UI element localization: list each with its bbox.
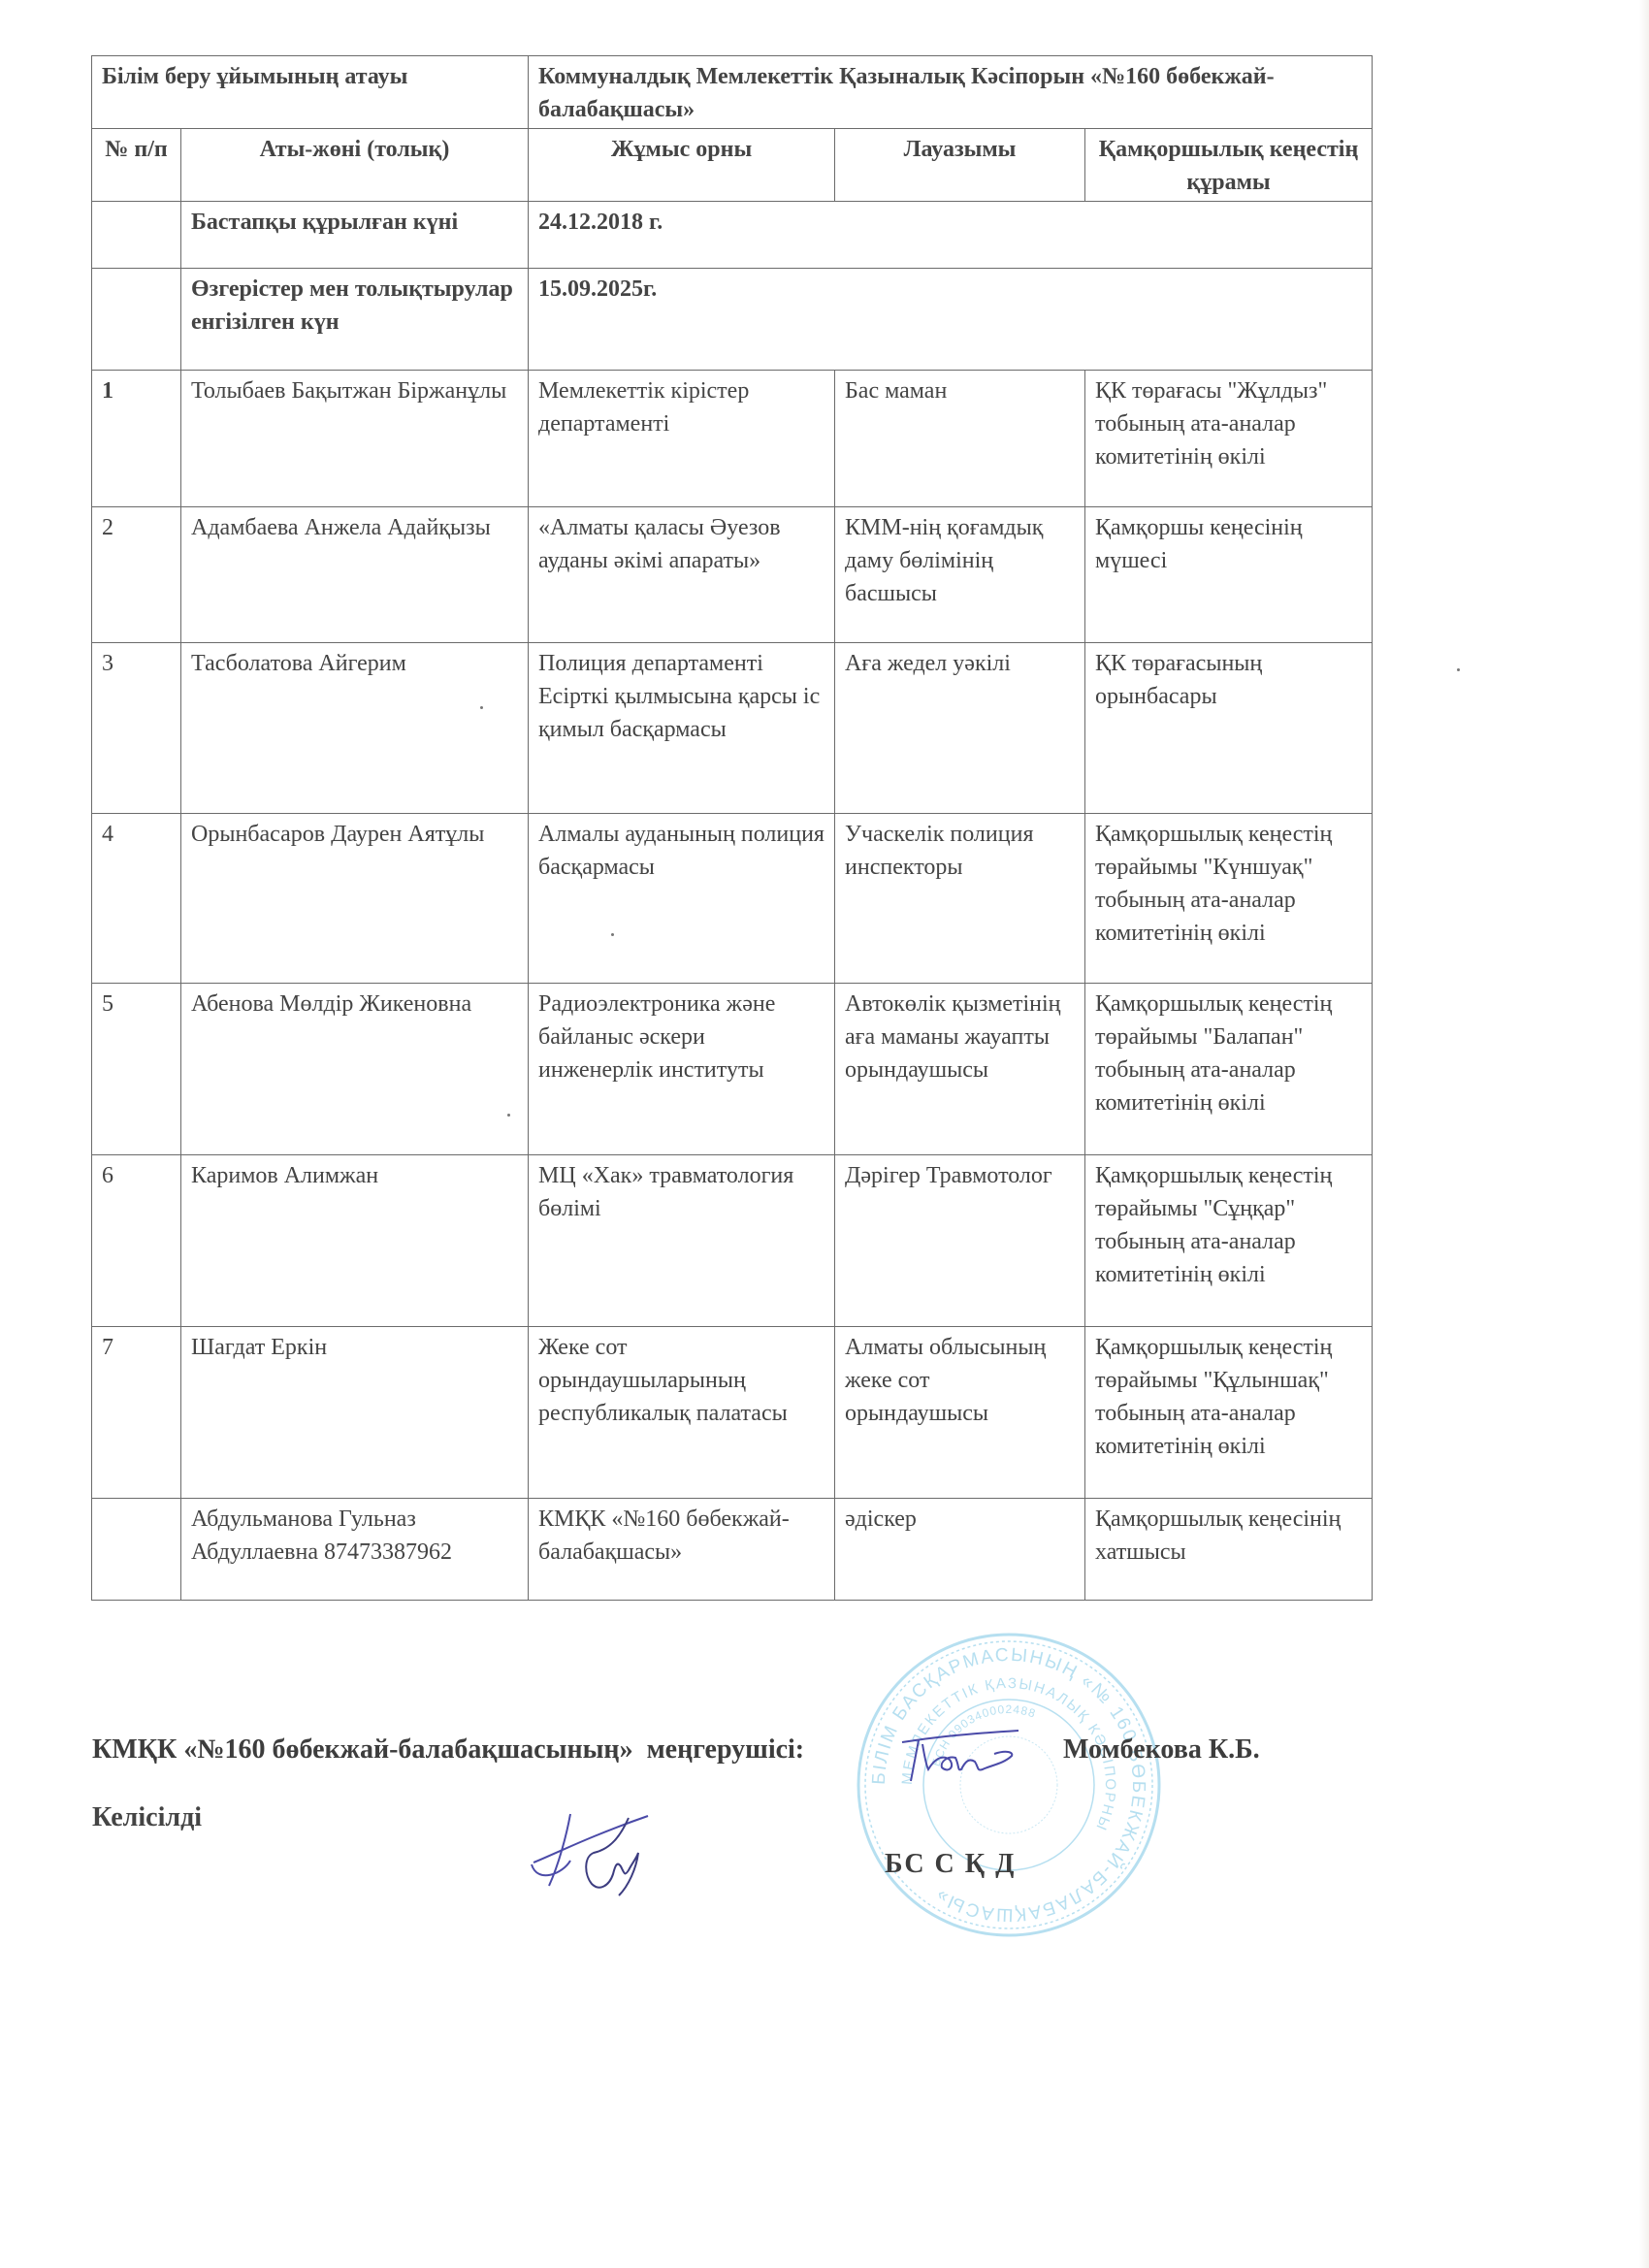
member-workplace: Алмалы ауданының полиция басқармасы: [529, 814, 835, 984]
member-position: КММ-нің қоғамдық даму бөлімінің басшысы: [835, 507, 1085, 643]
member-num: 4: [92, 814, 181, 984]
org-label: Білім беру ұйымының атауы: [92, 56, 529, 129]
agreed-label: Келісілді: [92, 1802, 202, 1833]
table-row: 4 Орынбасаров Даурен Аятұлы Алмалы аудан…: [92, 814, 1373, 984]
member-position: Автокөлік қызметінің аға маманы жауапты …: [835, 984, 1085, 1155]
member-num: 1: [92, 371, 181, 507]
changed-date: 15.09.2025г.: [529, 269, 1373, 371]
member-name: Каримов Алимжан: [181, 1155, 529, 1327]
member-position: Бас маман: [835, 371, 1085, 507]
scan-edge-shadow: [1639, 0, 1649, 2268]
member-council-role: Қамқоршылық кеңесінің хатшысы: [1085, 1499, 1373, 1601]
member-council-role: ҚК төрағасының орынбасары: [1085, 643, 1373, 814]
table-row: 5 Абенова Мөлдір Жикеновна Радиоэлектрон…: [92, 984, 1373, 1155]
member-council-role: Қамқоршылық кеңестің төрайымы "Сұңқар" т…: [1085, 1155, 1373, 1327]
head-signature-line: КМҚК «№160 бөбекжай-балабақшасының» меңг…: [92, 1734, 804, 1766]
table-row: 7 Шагдат Еркін Жеке сот орындаушыларының…: [92, 1327, 1373, 1499]
table-row: 2 Адамбаева Анжела Адайқызы «Алматы қала…: [92, 507, 1373, 643]
table-row: 3 Тасболатова Айгерим Полиция департамен…: [92, 643, 1373, 814]
member-council-role: ҚК төрағасы "Жұлдыз" тобының ата-аналар …: [1085, 371, 1373, 507]
agreed-signature-icon: [524, 1806, 660, 1903]
member-num: 7: [92, 1327, 181, 1499]
empty-cell: [92, 269, 181, 371]
header-workplace: Жұмыс орны: [529, 129, 835, 202]
organization-row: Білім беру ұйымының атауы Коммуналдық Ме…: [92, 56, 1373, 129]
member-council-role: Қамқоршы кеңесінің мүшесі: [1085, 507, 1373, 643]
member-council-role: Қамқоршылық кеңестің төрайымы "Құлыншақ"…: [1085, 1327, 1373, 1499]
member-num: 2: [92, 507, 181, 643]
member-position: әдіскер: [835, 1499, 1085, 1601]
member-num: 6: [92, 1155, 181, 1327]
member-num: 3: [92, 643, 181, 814]
member-workplace: МЦ «Хак» травматология бөлімі: [529, 1155, 835, 1327]
table-row: 6 Каримов Алимжан МЦ «Хак» травматология…: [92, 1155, 1373, 1327]
header-position: Лауазымы: [835, 129, 1085, 202]
created-label: Бастапқы құрылған күні: [181, 202, 529, 269]
member-workplace: Жеке сот орындаушыларының республикалық …: [529, 1327, 835, 1499]
header-row: № п/п Аты-жөні (толық) Жұмыс орны Лауазы…: [92, 129, 1373, 202]
member-num: 5: [92, 984, 181, 1155]
member-council-role: Қамқоршылық кеңестің төрайымы "Балапан" …: [1085, 984, 1373, 1155]
header-name: Аты-жөні (толық): [181, 129, 529, 202]
member-position: Алматы облысының жеке сот орындаушысы: [835, 1327, 1085, 1499]
head-signature-icon: [897, 1727, 1023, 1785]
agreed-by: БС С Қ Д: [885, 1849, 1016, 1880]
head-name: Момбекова К.Б.: [1063, 1734, 1260, 1766]
scanned-document-page: Білім беру ұйымының атауы Коммуналдық Ме…: [0, 0, 1649, 2268]
table-row: Абдульманова Гульназ Абдуллаевна 8747338…: [92, 1499, 1373, 1601]
changed-date-row: Өзгерістер мен толықтырулар енгізілген к…: [92, 269, 1373, 371]
member-name: Адамбаева Анжела Адайқызы: [181, 507, 529, 643]
org-name: Коммуналдық Мемлекеттік Қазыналық Кәсіпо…: [529, 56, 1373, 129]
member-name: Орынбасаров Даурен Аятұлы: [181, 814, 529, 984]
board-of-trustees-table: Білім беру ұйымының атауы Коммуналдық Ме…: [91, 55, 1373, 1601]
scan-speck: [611, 933, 614, 936]
member-name: Толыбаев Бақытжан Біржанұлы: [181, 371, 529, 507]
member-position: Учаскелік полиция инспекторы: [835, 814, 1085, 984]
member-workplace: КМҚК «№160 бөбекжай-балабақшасы»: [529, 1499, 835, 1601]
empty-cell: [92, 202, 181, 269]
member-workplace: «Алматы қаласы Әуезов ауданы әкімі апара…: [529, 507, 835, 643]
created-date-row: Бастапқы құрылған күні 24.12.2018 г.: [92, 202, 1373, 269]
header-num: № п/п: [92, 129, 181, 202]
scan-speck: [480, 706, 483, 709]
member-workplace: Радиоэлектроника және байланыс әскери ин…: [529, 984, 835, 1155]
member-workplace: Полиция департаменті Есірткі қылмысына қ…: [529, 643, 835, 814]
member-position: Аға жедел уәкілі: [835, 643, 1085, 814]
member-name: Абдульманова Гульназ Абдуллаевна 8747338…: [181, 1499, 529, 1601]
changed-label: Өзгерістер мен толықтырулар енгізілген к…: [181, 269, 529, 371]
member-position: Дәрігер Травмотолог: [835, 1155, 1085, 1327]
member-name: Шагдат Еркін: [181, 1327, 529, 1499]
scan-speck: [507, 1114, 510, 1117]
header-council-role: Қамқоршылық кеңестің құрамы: [1085, 129, 1373, 202]
member-name: Абенова Мөлдір Жикеновна: [181, 984, 529, 1155]
member-name: Тасболатова Айгерим: [181, 643, 529, 814]
member-num: [92, 1499, 181, 1601]
created-date: 24.12.2018 г.: [529, 202, 1373, 269]
member-workplace: Мемлекеттік кірістер департаменті: [529, 371, 835, 507]
scan-speck: [1457, 668, 1460, 671]
table-row: 1 Толыбаев Бақытжан Біржанұлы Мемлекетті…: [92, 371, 1373, 507]
member-council-role: Қамқоршылық кеңестің төрайымы "Күншуақ" …: [1085, 814, 1373, 984]
organization-stamp-icon: БІЛІМ БАСҚАРМАСЫНЫҢ «№ 160 БӨБЕКЖАЙ-БАЛА…: [854, 1630, 1164, 1940]
